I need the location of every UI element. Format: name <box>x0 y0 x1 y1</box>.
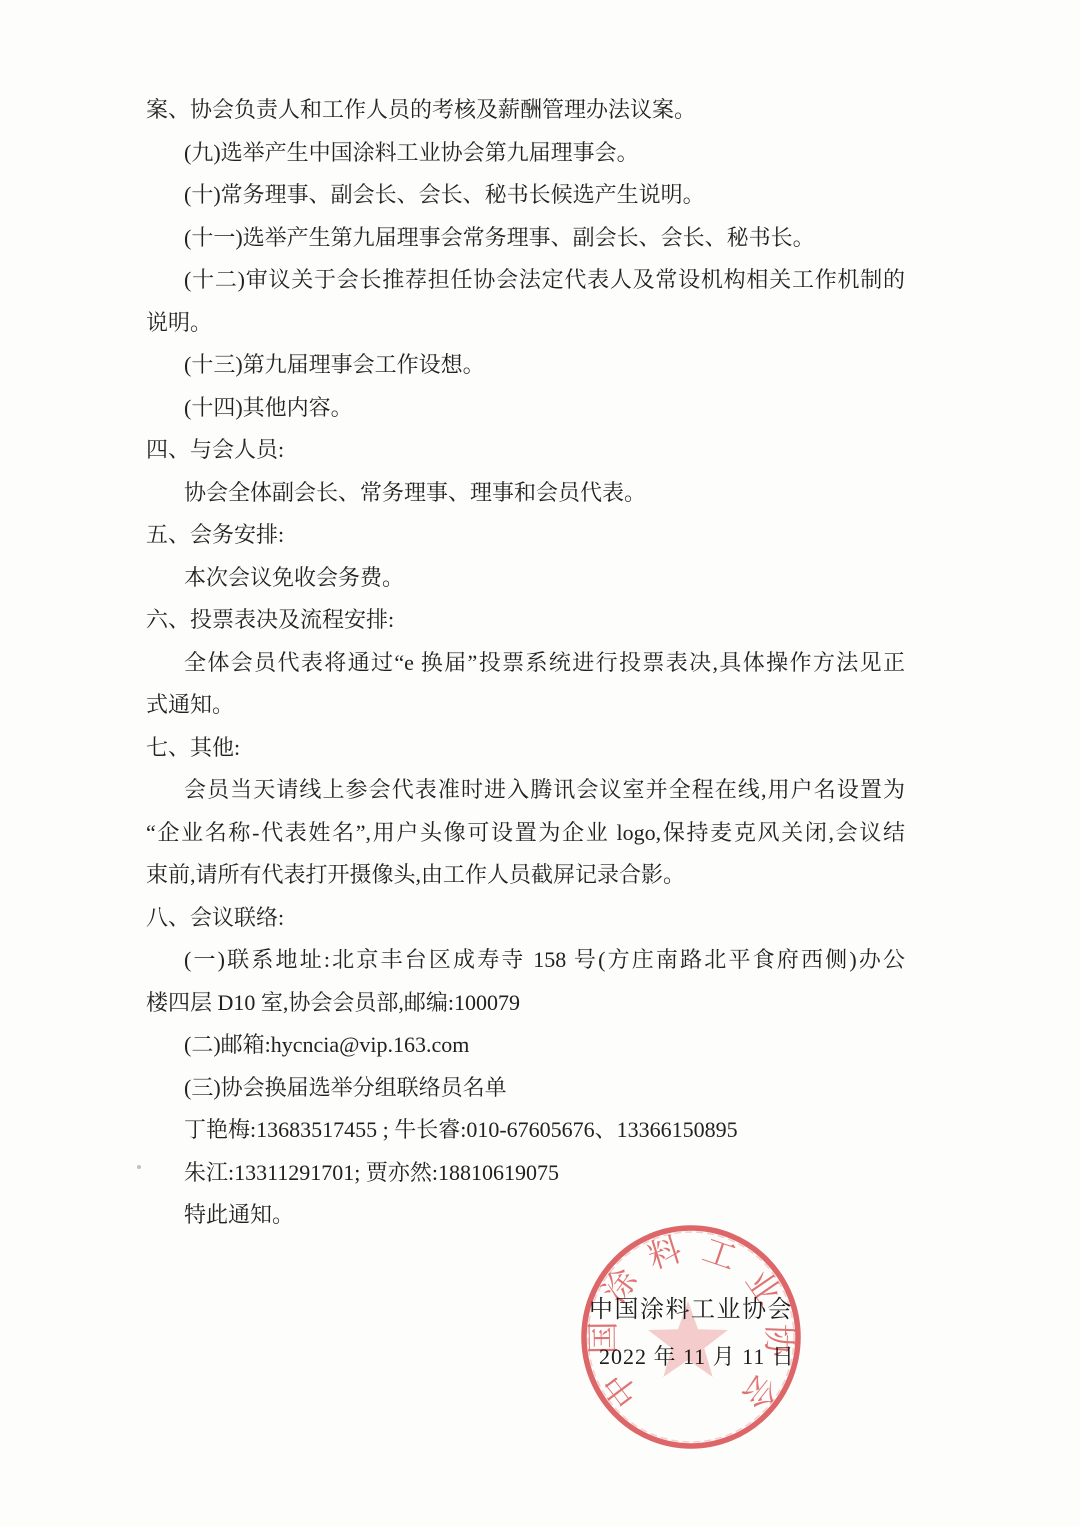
text-line: (十)常务理事、副会长、会长、秘书长候选产生说明。 <box>146 174 905 217</box>
text-line: 束前,请所有代表打开摄像头,由工作人员截屏记录合影。 <box>146 854 905 897</box>
text-line: (二)邮箱:hycncia@vip.163.com <box>146 1024 905 1067</box>
text-line: “企业名称-代表姓名”,用户头像可设置为企业 logo,保持麦克风关闭,会议结 <box>146 812 905 855</box>
text-line: 特此通知。 <box>146 1194 905 1237</box>
text-line: 案、协会负责人和工作人员的考核及薪酬管理办法议案。 <box>146 89 905 132</box>
text-line: 六、投票表决及流程安排: <box>146 599 905 642</box>
signature-date: 2022 年 11 月 11 日 <box>599 1340 795 1371</box>
seal-ring <box>584 1228 798 1446</box>
text-line: (十三)第九届理事会工作设想。 <box>146 344 905 387</box>
text-line: 式通知。 <box>146 684 905 727</box>
text-line: 本次会议免收会务费。 <box>146 557 905 600</box>
text-line: 协会全体副会长、常务理事、理事和会员代表。 <box>146 472 905 515</box>
text-line: 说明。 <box>146 302 905 345</box>
seal-arc-char: 料 <box>643 1230 686 1275</box>
text-line: 丁艳梅:13683517455 ; 牛长睿:010-67605676、13366… <box>146 1109 905 1152</box>
document-page: 案、协会负责人和工作人员的考核及薪酬管理办法议案。(九)选举产生中国涂料工业协会… <box>0 0 1080 1527</box>
scan-speck <box>137 1165 141 1169</box>
seal-arc-char: 工 <box>698 1231 741 1277</box>
text-line: (一)联系地址:北京丰台区成寿寺 158 号(方庄南路北平食府西侧)办公 <box>146 939 905 982</box>
text-line: 楼四层 D10 室,协会会员部,邮编:100079 <box>146 982 905 1025</box>
document-body: 案、协会负责人和工作人员的考核及薪酬管理办法议案。(九)选举产生中国涂料工业协会… <box>146 89 905 1237</box>
signature-org: 中国涂料工业协会 <box>589 1289 793 1324</box>
text-line: 会员当天请线上参会代表准时进入腾讯会议室并全程在线,用户名设置为 <box>146 769 905 812</box>
text-line: (三)协会换届选举分组联络员名单 <box>146 1067 905 1110</box>
text-line: (十二)审议关于会长推荐担任协会法定代表人及常设机构相关工作机制的 <box>146 259 905 302</box>
text-line: 八、会议联络: <box>146 897 905 940</box>
seal-arc-char: 中 <box>596 1366 645 1415</box>
text-line: 全体会员代表将通过“e 换届”投票系统进行投票表决,具体操作方法见正 <box>146 642 905 685</box>
text-line: 七、其他: <box>146 727 905 770</box>
text-line: 朱江:13311291701; 贾亦然:18810619075 <box>146 1152 905 1195</box>
text-line: (九)选举产生中国涂料工业协会第九届理事会。 <box>146 132 905 175</box>
text-line: (十四)其他内容。 <box>146 387 905 430</box>
seal-ring-texture <box>588 1232 794 1442</box>
text-line: 四、与会人员: <box>146 429 905 472</box>
official-seal-stamp: 中国涂料工业协会 <box>578 1224 806 1452</box>
text-line: (十一)选举产生第九届理事会常务理事、副会长、会长、秘书长。 <box>146 217 905 260</box>
text-line: 五、会务安排: <box>146 514 905 557</box>
seal-arc-char: 会 <box>735 1367 784 1416</box>
